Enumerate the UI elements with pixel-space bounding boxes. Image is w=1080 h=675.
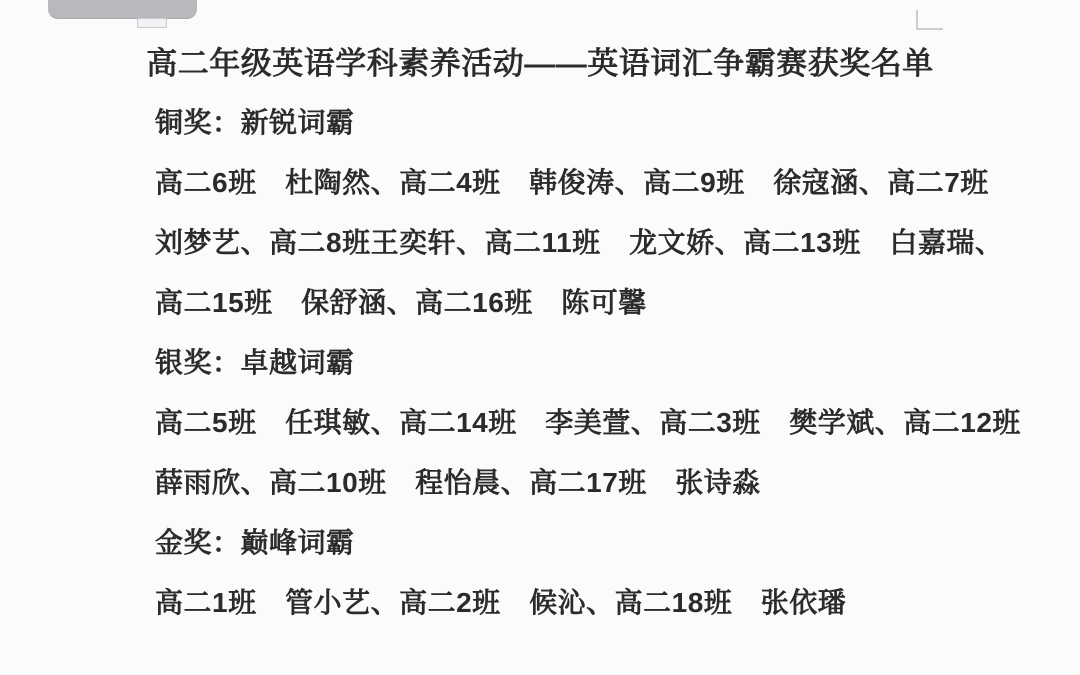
silver-award-heading: 银奖：卓越词霸 [155,333,1035,393]
document-title: 高二年级英语学科素养活动——英语词汇争霸赛获奖名单 [0,38,1080,83]
bronze-winners-line: 高二15班 保舒涵、高二16班 陈可馨 [155,273,1035,333]
text-boundary-corner-mark [916,10,943,30]
bronze-award-heading: 铜奖：新锐词霸 [155,93,1035,153]
gold-award-heading: 金奖：巅峰词霸 [155,513,1035,573]
silver-winners-line: 薛雨欣、高二10班 程怡晨、高二17班 张诗淼 [155,453,1035,513]
gold-winners-line: 高二1班 管小艺、高二2班 候沁、高二18班 张依璠 [155,573,1035,633]
cropped-toolbar-tab-fragment [137,18,167,28]
silver-winners-line: 高二5班 任琪敏、高二14班 李美萱、高二3班 樊学斌、高二12班 [155,393,1035,453]
bronze-winners-line: 高二6班 杜陶然、高二4班 韩俊涛、高二9班 徐寇涵、高二7班 [155,153,1035,213]
bronze-winners-line: 刘梦艺、高二8班王奕轩、高二11班 龙文娇、高二13班 白嘉瑞、 [155,213,1035,273]
cropped-toolbar-fragment [48,0,197,19]
document-body: 铜奖：新锐词霸 高二6班 杜陶然、高二4班 韩俊涛、高二9班 徐寇涵、高二7班 … [155,93,1035,633]
